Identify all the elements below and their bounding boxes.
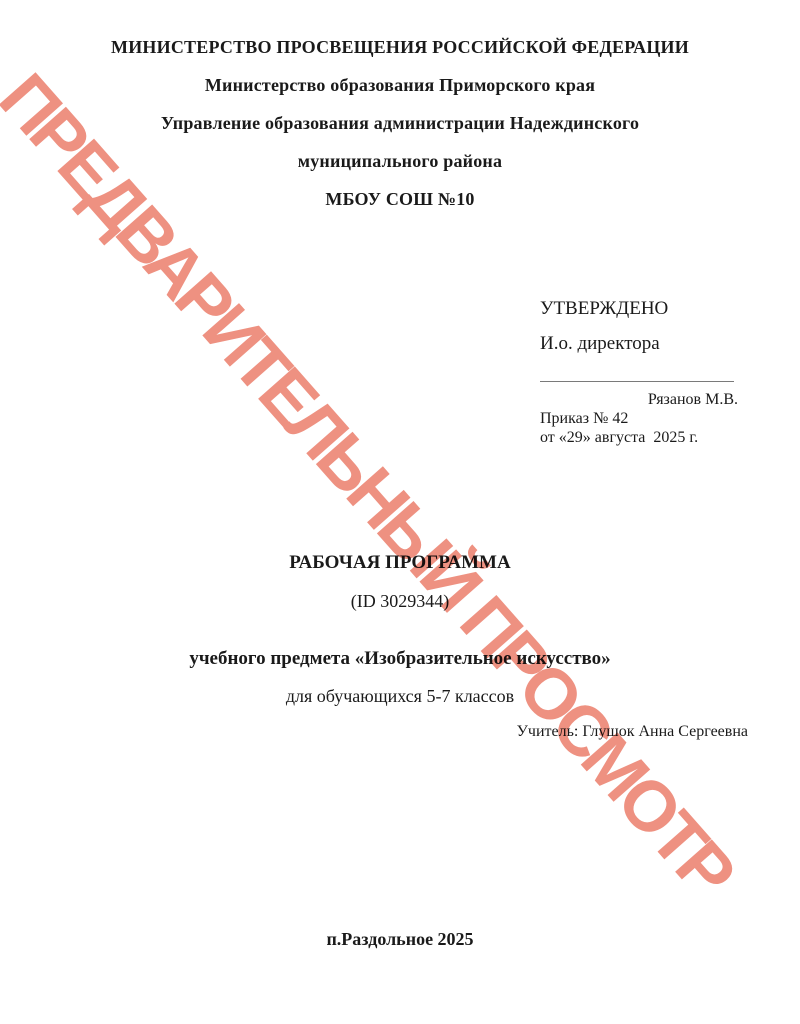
document-page: МИНИСТЕРСТВО ПРОСВЕЩЕНИЯ РОССИЙСКОЙ ФЕДЕ…	[0, 0, 800, 1024]
place-and-year: п.Раздольное 2025	[0, 929, 800, 950]
header-line-ministry-regional: Министерство образования Приморского кра…	[0, 66, 800, 104]
teacher-name: Учитель: Глушок Анна Сергеевна	[0, 723, 800, 741]
header-line-municipal-district: муниципального района	[0, 142, 800, 180]
header-line-ministry-federal: МИНИСТЕРСТВО ПРОСВЕЩЕНИЯ РОССИЙСКОЙ ФЕДЕ…	[0, 28, 800, 66]
program-id: (ID 3029344)	[0, 591, 800, 612]
header-line-education-department: Управление образования администрации Над…	[0, 104, 800, 142]
approver-role: И.о. директора	[540, 332, 738, 356]
program-subject: учебного предмета «Изобразительное искус…	[0, 648, 800, 670]
order-number: Приказ № 42	[540, 409, 738, 428]
approval-block: УТВЕРЖДЕНО И.о. директора Рязанов М.В. П…	[540, 297, 738, 447]
signature-name: Рязанов М.В.	[540, 390, 738, 409]
program-audience: для обучающихся 5-7 классов	[0, 686, 800, 707]
approved-label: УТВЕРЖДЕНО	[540, 297, 738, 321]
order-date: от «29» августа 2025 г.	[540, 428, 738, 447]
program-title: РАБОЧАЯ ПРОГРАММА	[0, 552, 800, 574]
signature-line	[540, 381, 734, 382]
header-line-school-name: МБОУ СОШ №10	[0, 180, 800, 218]
document-header: МИНИСТЕРСТВО ПРОСВЕЩЕНИЯ РОССИЙСКОЙ ФЕДЕ…	[0, 28, 800, 218]
